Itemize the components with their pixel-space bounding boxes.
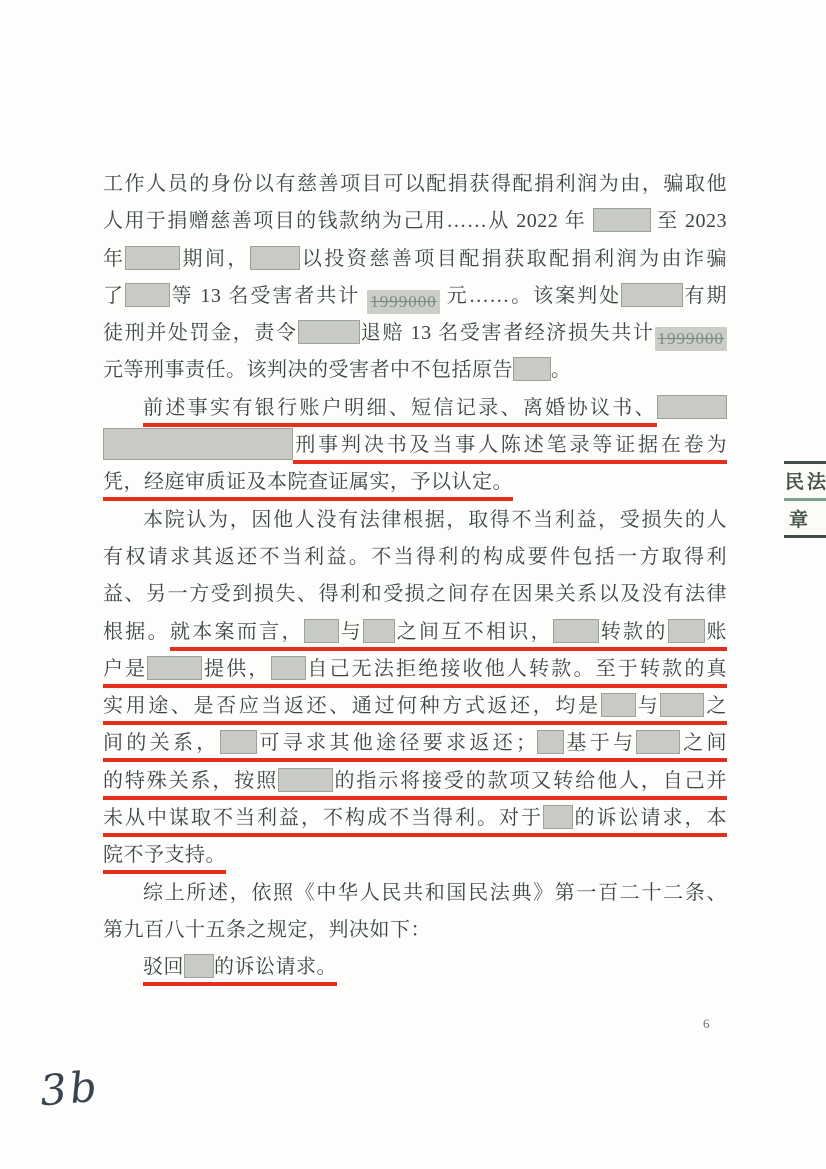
struck-amount: 1999000 [367,290,440,314]
document-line: 院不予支持。 [103,837,727,874]
text-run: 年 [103,248,125,270]
redaction-box [278,768,333,792]
red-underline: 驳回的诉讼请求。 [143,956,337,986]
text-run: 益、另一方受到损失、得利和受损之间存在因果关系以及没有法律 [103,583,727,605]
document-line: 凭，经庭审质证及本院查证属实，予以认定。 [103,464,727,501]
spine-stamp-top-label: 民法 [784,464,826,501]
red-underline: 户是提供，自己无法拒绝接收他人转款。至于转款的真 [103,658,727,688]
document-line: 驳回的诉讼请求。 [103,949,727,986]
document-line: 本院认为，因他人没有法律根据，取得不当利益，受损失的人 [103,502,727,539]
document-line: 实用途、是否应当返还、通过何种方式返还，均是与之 [103,688,727,725]
document-line: 间的关系，可寻求其他途径要求返还；基于与之间 [103,725,727,762]
document-line: 未从中谋取不当利益，不构成不当得利。对于的诉讼请求，本 [103,800,727,837]
text-run: 的特殊关系，按照 [103,770,278,792]
text-run: 综上所述，依照《中华人民共和国民法典》第一百二十二条、 [143,882,727,904]
text-run: 徒刑并处罚金，责令 [103,322,298,344]
redaction-box [103,428,293,460]
redaction-box [636,730,680,754]
redaction-box [184,954,214,978]
text-run: 可寻求其他途径要求返还； [257,732,537,754]
scanned-judgment-page: 工作人员的身份以有慈善项目可以配捐获得配捐利润为由，骗取他人用于捐赠慈善项目的钱… [0,0,826,1169]
text-run: 之 [704,695,727,717]
text-run: 了 [103,285,125,307]
text-run: 根据。 [103,621,170,643]
document-line: 前述事实有银行账户明细、短信记录、离婚协议书、 [103,390,727,427]
text-run: 至 2023 [651,210,727,232]
redaction-box [553,619,599,643]
text-run: 的指示将接受的款项又转给他人，自己并 [333,770,727,792]
struck-amount: 1999000 [655,327,728,351]
document-line: 了等 13 名受害者共计 1999000 元……。该案判处有期 [103,278,727,315]
red-underline: 就本案而言，与之间互不相识，转款的账 [170,621,727,651]
text-run: 等 13 名受害者共计 [170,285,367,307]
text-run: 期间， [180,248,249,270]
redaction-box [543,805,573,829]
text-run: 凭，经庭审质证及本院查证属实，予以认定。 [103,471,513,493]
red-underline: 的特殊关系，按照的指示将接受的款项又转给他人，自己并 [103,770,727,800]
text-run: 转款的 [599,621,668,643]
redaction-box [125,246,180,270]
redaction-box [621,283,683,307]
text-run: 第九百八十五条之规定，判决如下： [103,919,431,941]
text-run: 的诉讼请求。 [214,956,337,978]
text-run: 前述事实有银行账户明细、短信记录、离婚协议书、 [143,397,657,419]
redaction-box [147,656,202,680]
spine-stamp: 民法 章 [784,461,826,538]
spine-stamp-bottom-label: 章 [784,501,826,535]
text-run: 刑事判决书及当事人陈述笔录等证据在卷为 [293,434,727,456]
red-underline: 间的关系，可寻求其他途径要求返还；基于与之间 [103,732,727,762]
redaction-box [657,395,727,419]
text-run: 的诉讼请求，本 [573,807,727,829]
document-line: 徒刑并处罚金，责令退赔 13 名受害者经济损失共计1999000 [103,315,727,352]
text-run: 与 [339,621,363,643]
red-underline: 前述事实有银行账户明细、短信记录、离婚协议书、 [143,397,657,427]
redaction-box [298,320,360,344]
handwritten-annotation: 3b [38,1061,102,1115]
text-run: 驳回 [143,956,184,978]
text-run: 有期 [683,285,727,307]
text-run: 基于与 [564,732,637,754]
text-run: 与 [636,695,661,717]
document-line: 综上所述，依照《中华人民共和国民法典》第一百二十二条、 [103,875,727,912]
document-line: 工作人员的身份以有慈善项目可以配捐获得配捐利润为由，骗取他 [103,166,727,203]
redaction-box [125,283,170,307]
redaction-box [537,730,564,754]
page-number: 6 [703,1016,710,1032]
text-run: 账 [705,621,727,643]
document-line: 的特殊关系，按照的指示将接受的款项又转给他人，自己并 [103,763,727,800]
text-run: 自己无法拒绝接收他人转款。至于转款的真 [306,658,727,680]
document-line: 年期间，以投资慈善项目配捐获取配捐利润为由诈骗 [103,241,727,278]
document-line: 刑事判决书及当事人陈述笔录等证据在卷为 [103,427,727,464]
document-line: 有权请求其返还不当利益。不当得利的构成要件包括一方取得利 [103,539,727,576]
redaction-box [660,693,704,717]
text-run: 户是 [103,658,147,680]
document-line: 户是提供，自己无法拒绝接收他人转款。至于转款的真 [103,651,727,688]
document-lines: 工作人员的身份以有慈善项目可以配捐获得配捐利润为由，骗取他人用于捐赠慈善项目的钱… [103,166,727,987]
text-run: 以投资慈善项目配捐获取配捐利润为由诈骗 [300,248,727,270]
text-run: 退赔 13 名受害者经济损失共计 [360,322,655,344]
text-run: 之间 [680,732,727,754]
redaction-box [593,208,651,232]
redaction-box [220,730,257,754]
text-run: 元等刑事责任。该判决的受害者中不包括原告 [103,359,513,381]
redaction-box [668,619,705,643]
text-run: 未从中谋取不当利益，不构成不当得利。对于 [103,807,543,829]
red-underline: 凭，经庭审质证及本院查证属实，予以认定。 [103,471,513,501]
text-run: 院不予支持。 [103,844,226,866]
text-run: 间的关系， [103,732,220,754]
text-run: 就本案而言， [170,621,304,643]
document-line: 人用于捐赠慈善项目的钱款纳为己用……从 2022 年 至 2023 [103,203,727,240]
redaction-box [304,619,339,643]
redaction-box [250,246,300,270]
document-line: 元等刑事责任。该判决的受害者中不包括原告。 [103,352,727,389]
redaction-box [601,693,636,717]
redaction-box [271,656,306,680]
red-underline: 院不予支持。 [103,844,226,874]
document-line: 益、另一方受到损失、得利和受损之间存在因果关系以及没有法律 [103,576,727,613]
text-run: 本院认为，因他人没有法律根据，取得不当利益，受损失的人 [143,509,727,531]
red-underline: 未从中谋取不当利益，不构成不当得利。对于的诉讼请求，本 [103,807,727,837]
document-line: 第九百八十五条之规定，判决如下： [103,912,727,949]
text-run: 。 [551,359,572,381]
text-run: 工作人员的身份以有慈善项目可以配捐获得配捐利润为由，骗取他 [103,173,727,195]
text-run: 人用于捐赠慈善项目的钱款纳为己用……从 2022 年 [103,210,593,232]
text-run: 元……。该案判处 [440,285,621,307]
text-run: 有权请求其返还不当利益。不当得利的构成要件包括一方取得利 [103,546,727,568]
redaction-box [363,619,395,643]
redaction-box [513,357,551,381]
red-underline: 刑事判决书及当事人陈述笔录等证据在卷为 [293,434,727,464]
text-run: 提供， [202,658,270,680]
red-underline: 实用途、是否应当返还、通过何种方式返还，均是与之 [103,695,727,725]
text-run: 之间互不相识， [395,621,553,643]
document-line: 根据。就本案而言，与之间互不相识，转款的账 [103,614,727,651]
text-run: 实用途、是否应当返还、通过何种方式返还，均是 [103,695,601,717]
